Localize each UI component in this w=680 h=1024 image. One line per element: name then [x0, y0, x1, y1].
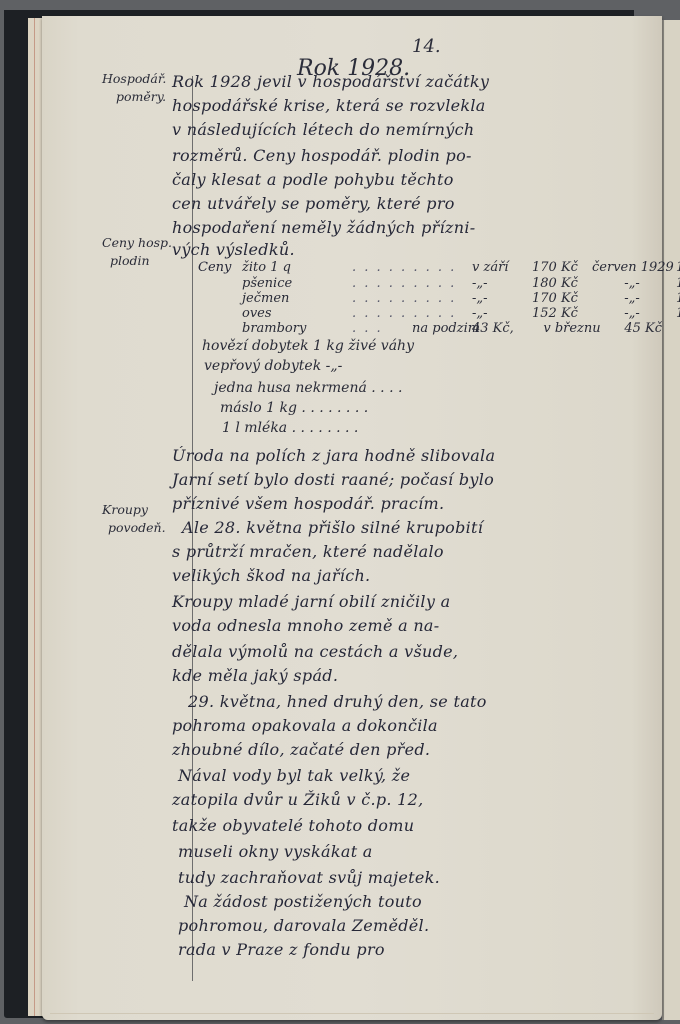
text-line: Kroupy mladé jarní obilí zničily a [172, 592, 450, 611]
price-row: pšenice. . . . . . . . .-„-180 Kč-„-150 … [242, 276, 680, 291]
price-period-1: -„- [472, 306, 532, 321]
price-value-2: 155 Kč [672, 291, 680, 306]
price-row: brambory. . .na podzim43 Kč,v březnu45 K… [242, 321, 662, 336]
text-line: Nával vody byl tak velký, že [178, 766, 410, 785]
price-value-1: 43 Kč, [472, 321, 532, 336]
price-value-2: 150 Kč [672, 276, 680, 291]
text-line: zhoubné dílo, začaté den před. [172, 740, 430, 759]
price-row: oves. . . . . . . . .-„-152 Kč-„-128 Kč [242, 306, 680, 321]
price-item: brambory [242, 321, 352, 336]
text-line: zatopila dvůr u Žiků v č.p. 12, [172, 790, 424, 809]
margin-note-hospodarske-pomery: Hospodář. poměry. [102, 70, 166, 106]
price-item: ječmen [242, 291, 352, 306]
text-line: cen utvářely se poměry, které pro [172, 194, 455, 213]
price-row: ječmen. . . . . . . . .-„-170 Kč-„-155 K… [242, 291, 680, 306]
price-period-2: červen 1929 [592, 260, 672, 275]
page-number: 14. [412, 36, 441, 57]
text-line: příznivé všem hospodář. pracím. [172, 494, 444, 513]
price-extra-item: vepřový dobytek -„- [204, 358, 342, 374]
margin-note-line: Hospodář. [102, 70, 166, 88]
price-period-1: -„- [472, 276, 532, 291]
text-line: Úroda na polích z jara hodně slibovala [172, 446, 495, 465]
text-line: takže obyvatelé tohoto domu [172, 816, 414, 835]
margin-note-kroupy-povoden: Kroupy povodeň. [102, 501, 166, 537]
facing-page-edge [662, 20, 680, 1020]
price-value-2: 125 Kč [672, 260, 680, 275]
price-value-2: 45 Kč [612, 321, 662, 336]
price-value-1: 170 Kč [532, 291, 592, 306]
price-extra-item: jedna husa nekrmená . . . . [214, 380, 402, 396]
text-line: s průtrží mračen, které nadělalo [172, 542, 444, 561]
price-row: žito 1 q. . . . . . . . .v září170 Kččer… [242, 260, 680, 275]
text-line: velikých škod na jařích. [172, 566, 370, 585]
price-value-1: 180 Kč [532, 276, 592, 291]
text-line: hospodaření neměly žádných přízni- [172, 218, 475, 237]
text-line: v následujících létech do nemírných [172, 120, 474, 139]
price-period-1: na podzim [412, 321, 472, 336]
price-period-2: v březnu [532, 321, 612, 336]
margin-note-line: poměry. [102, 88, 166, 106]
text-line: vých výsledků. [172, 240, 295, 259]
ledger-page: 14. Rok 1928. Hospodář. poměry. Ceny hos… [42, 16, 662, 1020]
text-line: Rok 1928 jevil v hospodářství začátky [172, 72, 489, 91]
price-extra-item: máslo 1 kg . . . . . . . . [220, 400, 368, 416]
margin-note-line: plodin [102, 252, 172, 270]
text-line: hospodářské krise, která se rozvlekla [172, 96, 486, 115]
text-line: Ale 28. května přišlo silné krupobití [182, 518, 483, 537]
text-line: dělala výmolů na cestách a všude, [172, 642, 458, 661]
price-extra-item: hovězí dobytek 1 kg živé váhy [202, 338, 414, 354]
text-line: čaly klesat a podle pohybu těchto [172, 170, 454, 189]
text-line: pohroma opakovala a dokončila [172, 716, 438, 735]
price-extra-item: 1 l mléka . . . . . . . . [222, 420, 358, 436]
text-line: tudy zachraňovat svůj majetek. [178, 868, 440, 887]
margin-note-line: Ceny hosp. [102, 234, 172, 252]
price-item: žito 1 q [242, 260, 352, 275]
price-value-1: 170 Kč [532, 260, 592, 275]
text-line: Na žádost postižených touto [184, 892, 422, 911]
price-period-1: -„- [472, 291, 532, 306]
text-line: voda odnesla mnoho země a na- [172, 616, 439, 635]
price-table-label: Ceny [198, 260, 231, 275]
price-item: pšenice [242, 276, 352, 291]
price-value-1: 152 Kč [532, 306, 592, 321]
margin-note-line: Kroupy [102, 501, 166, 519]
price-item: oves [242, 306, 352, 321]
text-line: 29. května, hned druhý den, se tato [188, 692, 487, 711]
margin-note-ceny-plodin: Ceny hosp. plodin [102, 234, 172, 270]
text-line: kde měla jaký spád. [172, 666, 338, 685]
text-line: Jarní setí bylo dosti raané; počasí bylo [172, 470, 494, 489]
price-period-1: v září [472, 260, 532, 275]
price-value-2: 128 Kč [672, 306, 680, 321]
text-line: rada v Praze z fondu pro [178, 940, 385, 959]
margin-note-line: povodeň. [102, 519, 166, 537]
text-line: pohromou, darovala Zeměděl. [178, 916, 429, 935]
price-period-2: -„- [592, 276, 672, 291]
price-period-2: -„- [592, 291, 672, 306]
text-line: rozměrů. Ceny hospodář. plodin po- [172, 146, 472, 165]
text-line: museli okny vyskákat a [178, 842, 373, 861]
price-period-2: -„- [592, 306, 672, 321]
